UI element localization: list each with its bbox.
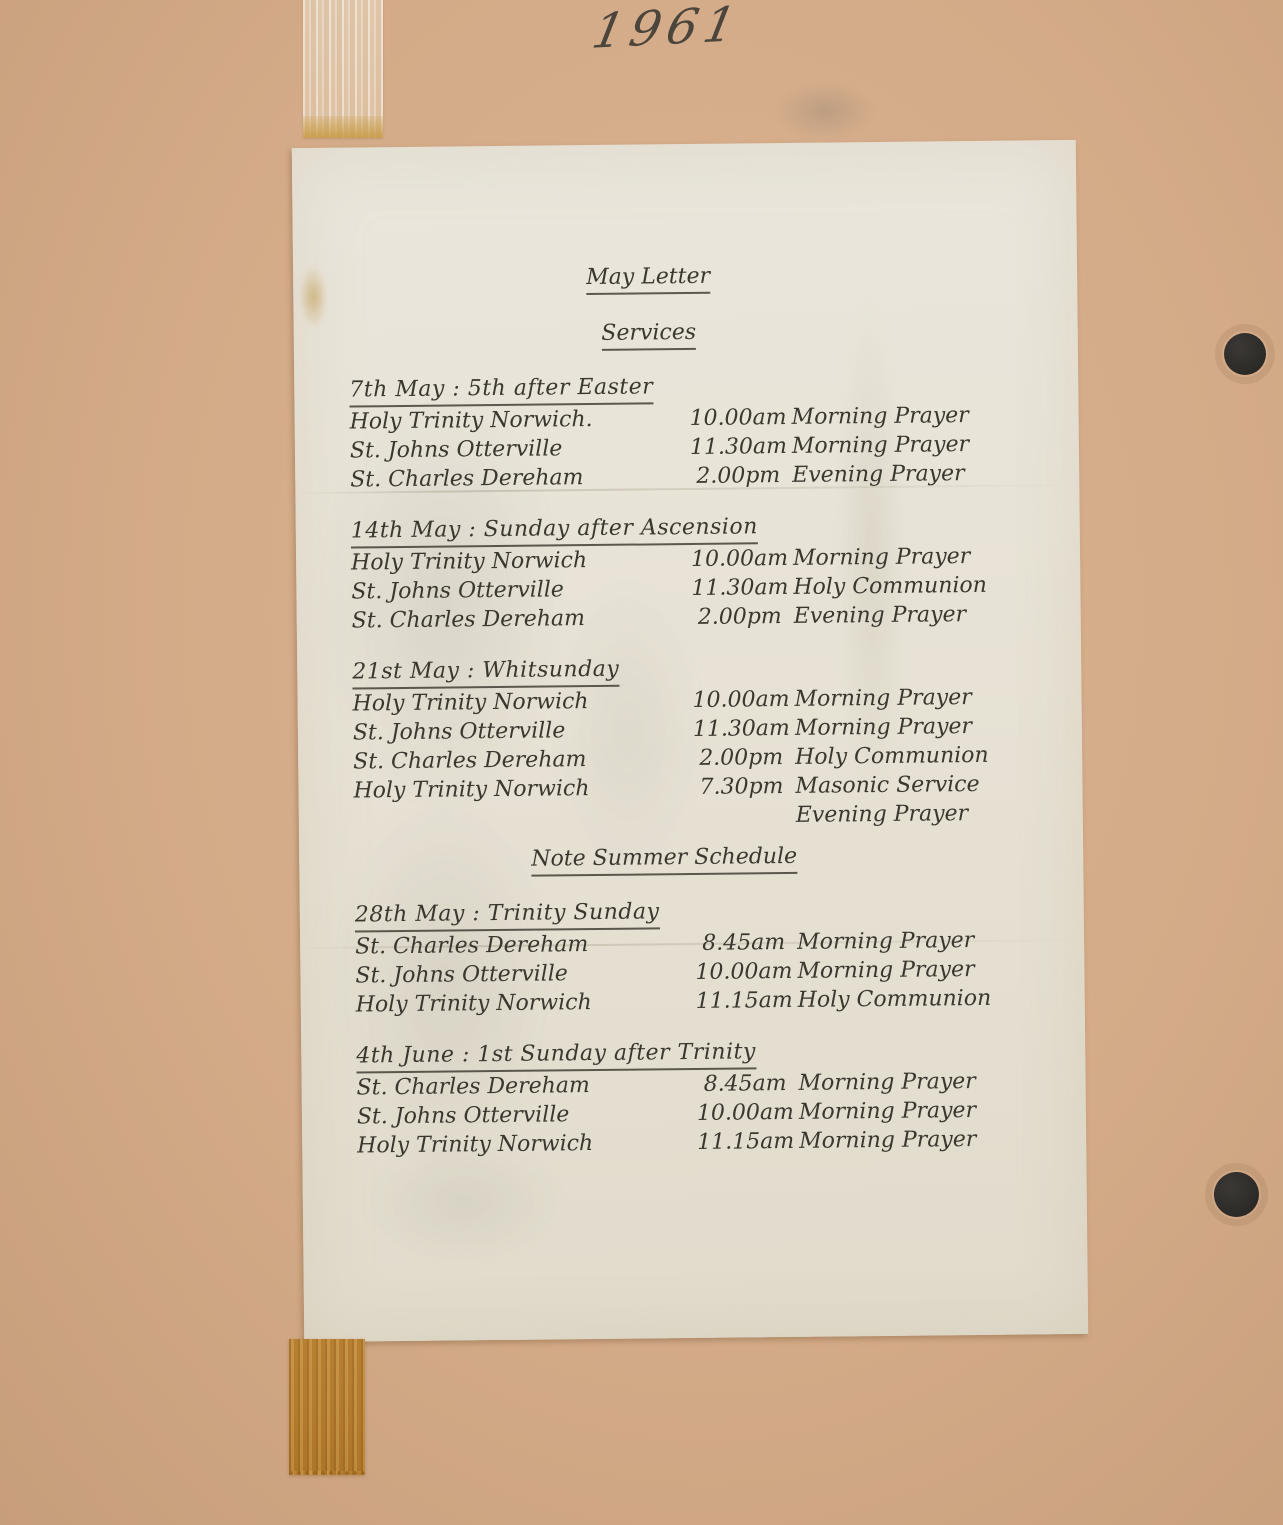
service-row: Holy Trinity Norwich11.15amMorning Praye… bbox=[357, 1124, 1046, 1160]
church-name: St. Johns Otterville bbox=[350, 433, 690, 466]
service-name: Evening Prayer bbox=[792, 459, 965, 490]
service-name: Morning Prayer bbox=[799, 1096, 976, 1127]
service-time: 11.30am bbox=[690, 432, 780, 462]
section-heading: 14th May : Sunday after Ascension bbox=[351, 512, 758, 548]
service-time: 2.00pm bbox=[692, 602, 782, 632]
service-section: 14th May : Sunday after AscensionHoly Tr… bbox=[351, 509, 1041, 635]
service-name: Holy Communion bbox=[795, 741, 989, 772]
church-name: Holy Trinity Norwich bbox=[353, 773, 693, 806]
letter-subtitle-text: Services bbox=[601, 318, 696, 351]
church-name: St. Charles Dereham bbox=[356, 1070, 696, 1103]
section-heading: 21st May : Whitsunday bbox=[352, 655, 619, 690]
sections-list: 7th May : 5th after EasterHoly Trinity N… bbox=[349, 368, 1046, 1160]
service-time: 8.45am bbox=[696, 1069, 786, 1099]
church-name bbox=[354, 802, 694, 835]
service-time: 10.00am bbox=[695, 957, 785, 987]
church-name: Holy Trinity Norwich bbox=[352, 686, 692, 719]
service-time: 10.00am bbox=[697, 1098, 787, 1128]
service-time: 11.15am bbox=[696, 986, 786, 1016]
service-row: St. Charles Dereham2.00pmEvening Prayer bbox=[350, 458, 1039, 494]
letter-subtitle: Services bbox=[349, 315, 949, 353]
service-name: Morning Prayer bbox=[797, 955, 974, 986]
service-name: Holy Communion bbox=[793, 571, 987, 602]
letter-content: May Letter Services 7th May : 5th after … bbox=[292, 140, 1088, 1342]
church-name: Holy Trinity Norwich. bbox=[349, 404, 689, 437]
service-name: Evening Prayer bbox=[794, 600, 967, 631]
service-row: St. Charles Dereham2.00pmEvening Prayer bbox=[352, 599, 1041, 635]
service-row: Holy Trinity Norwich11.15amHoly Communio… bbox=[356, 983, 1045, 1019]
service-section: 7th May : 5th after EasterHoly Trinity N… bbox=[349, 368, 1039, 494]
section-heading: 4th June : 1st Sunday after Trinity bbox=[356, 1037, 756, 1073]
section-heading: 28th May : Trinity Sunday bbox=[355, 897, 660, 932]
service-time: 2.00pm bbox=[690, 461, 780, 491]
service-name: Morning Prayer bbox=[793, 542, 970, 573]
section-heading: 7th May : 5th after Easter bbox=[349, 372, 653, 407]
service-section: 21st May : WhitsundayHoly Trinity Norwic… bbox=[352, 650, 1043, 834]
church-name: St. Charles Dereham bbox=[353, 744, 693, 777]
service-section: 28th May : Trinity SundaySt. Charles Der… bbox=[355, 893, 1045, 1019]
service-name: Morning Prayer bbox=[792, 430, 969, 461]
service-section: 4th June : 1st Sunday after TrinitySt. C… bbox=[356, 1034, 1046, 1160]
letter-title: May Letter bbox=[348, 259, 948, 297]
church-name: St. Johns Otterville bbox=[355, 958, 695, 991]
summer-schedule-note: Note Summer Schedule bbox=[354, 840, 974, 878]
summer-schedule-note-text: Note Summer Schedule bbox=[531, 842, 797, 877]
church-name: St. Charles Dereham bbox=[350, 462, 690, 495]
service-name: Morning Prayer bbox=[795, 712, 972, 743]
church-name: St. Johns Otterville bbox=[353, 715, 693, 748]
letter-paper: May Letter Services 7th May : 5th after … bbox=[292, 140, 1088, 1342]
service-time: 11.30am bbox=[693, 714, 783, 744]
church-name: St. Johns Otterville bbox=[351, 574, 691, 607]
service-name: Morning Prayer bbox=[797, 926, 974, 957]
service-time: 2.00pm bbox=[693, 743, 783, 773]
service-time: 10.00am bbox=[689, 403, 779, 433]
service-name: Morning Prayer bbox=[799, 1125, 976, 1156]
background-smudge bbox=[775, 82, 875, 140]
hole-punch-top bbox=[1224, 333, 1266, 375]
hole-punch-bottom bbox=[1214, 1172, 1259, 1217]
service-name: Morning Prayer bbox=[798, 1067, 975, 1098]
service-name: Evening Prayer bbox=[796, 799, 969, 830]
year-annotation: 1961 bbox=[588, 0, 747, 60]
service-name: Morning Prayer bbox=[794, 683, 971, 714]
service-name: Holy Communion bbox=[798, 984, 992, 1015]
album-page: 1961 May Letter Services 7th May : 5th a… bbox=[0, 0, 1283, 1525]
service-name: Morning Prayer bbox=[791, 401, 968, 432]
service-row: Evening Prayer bbox=[354, 798, 1043, 834]
service-time: 11.30am bbox=[691, 573, 781, 603]
church-name: Holy Trinity Norwich bbox=[356, 987, 696, 1020]
service-name: Masonic Service bbox=[795, 770, 979, 801]
service-time: 8.45am bbox=[695, 928, 785, 958]
church-name: St. Johns Otterville bbox=[357, 1099, 697, 1132]
church-name: Holy Trinity Norwich bbox=[351, 545, 691, 578]
service-time: 10.00am bbox=[692, 685, 782, 715]
church-name: St. Charles Dereham bbox=[355, 929, 695, 962]
letter-title-text: May Letter bbox=[586, 262, 710, 295]
church-name: St. Charles Dereham bbox=[352, 603, 692, 636]
tape-top bbox=[303, 0, 383, 138]
service-time: 7.30pm bbox=[693, 772, 783, 802]
tape-bottom bbox=[289, 1339, 365, 1475]
service-time: 10.00am bbox=[691, 544, 781, 574]
service-time bbox=[694, 801, 784, 831]
service-time: 11.15am bbox=[697, 1127, 787, 1157]
church-name: Holy Trinity Norwich bbox=[357, 1128, 697, 1161]
